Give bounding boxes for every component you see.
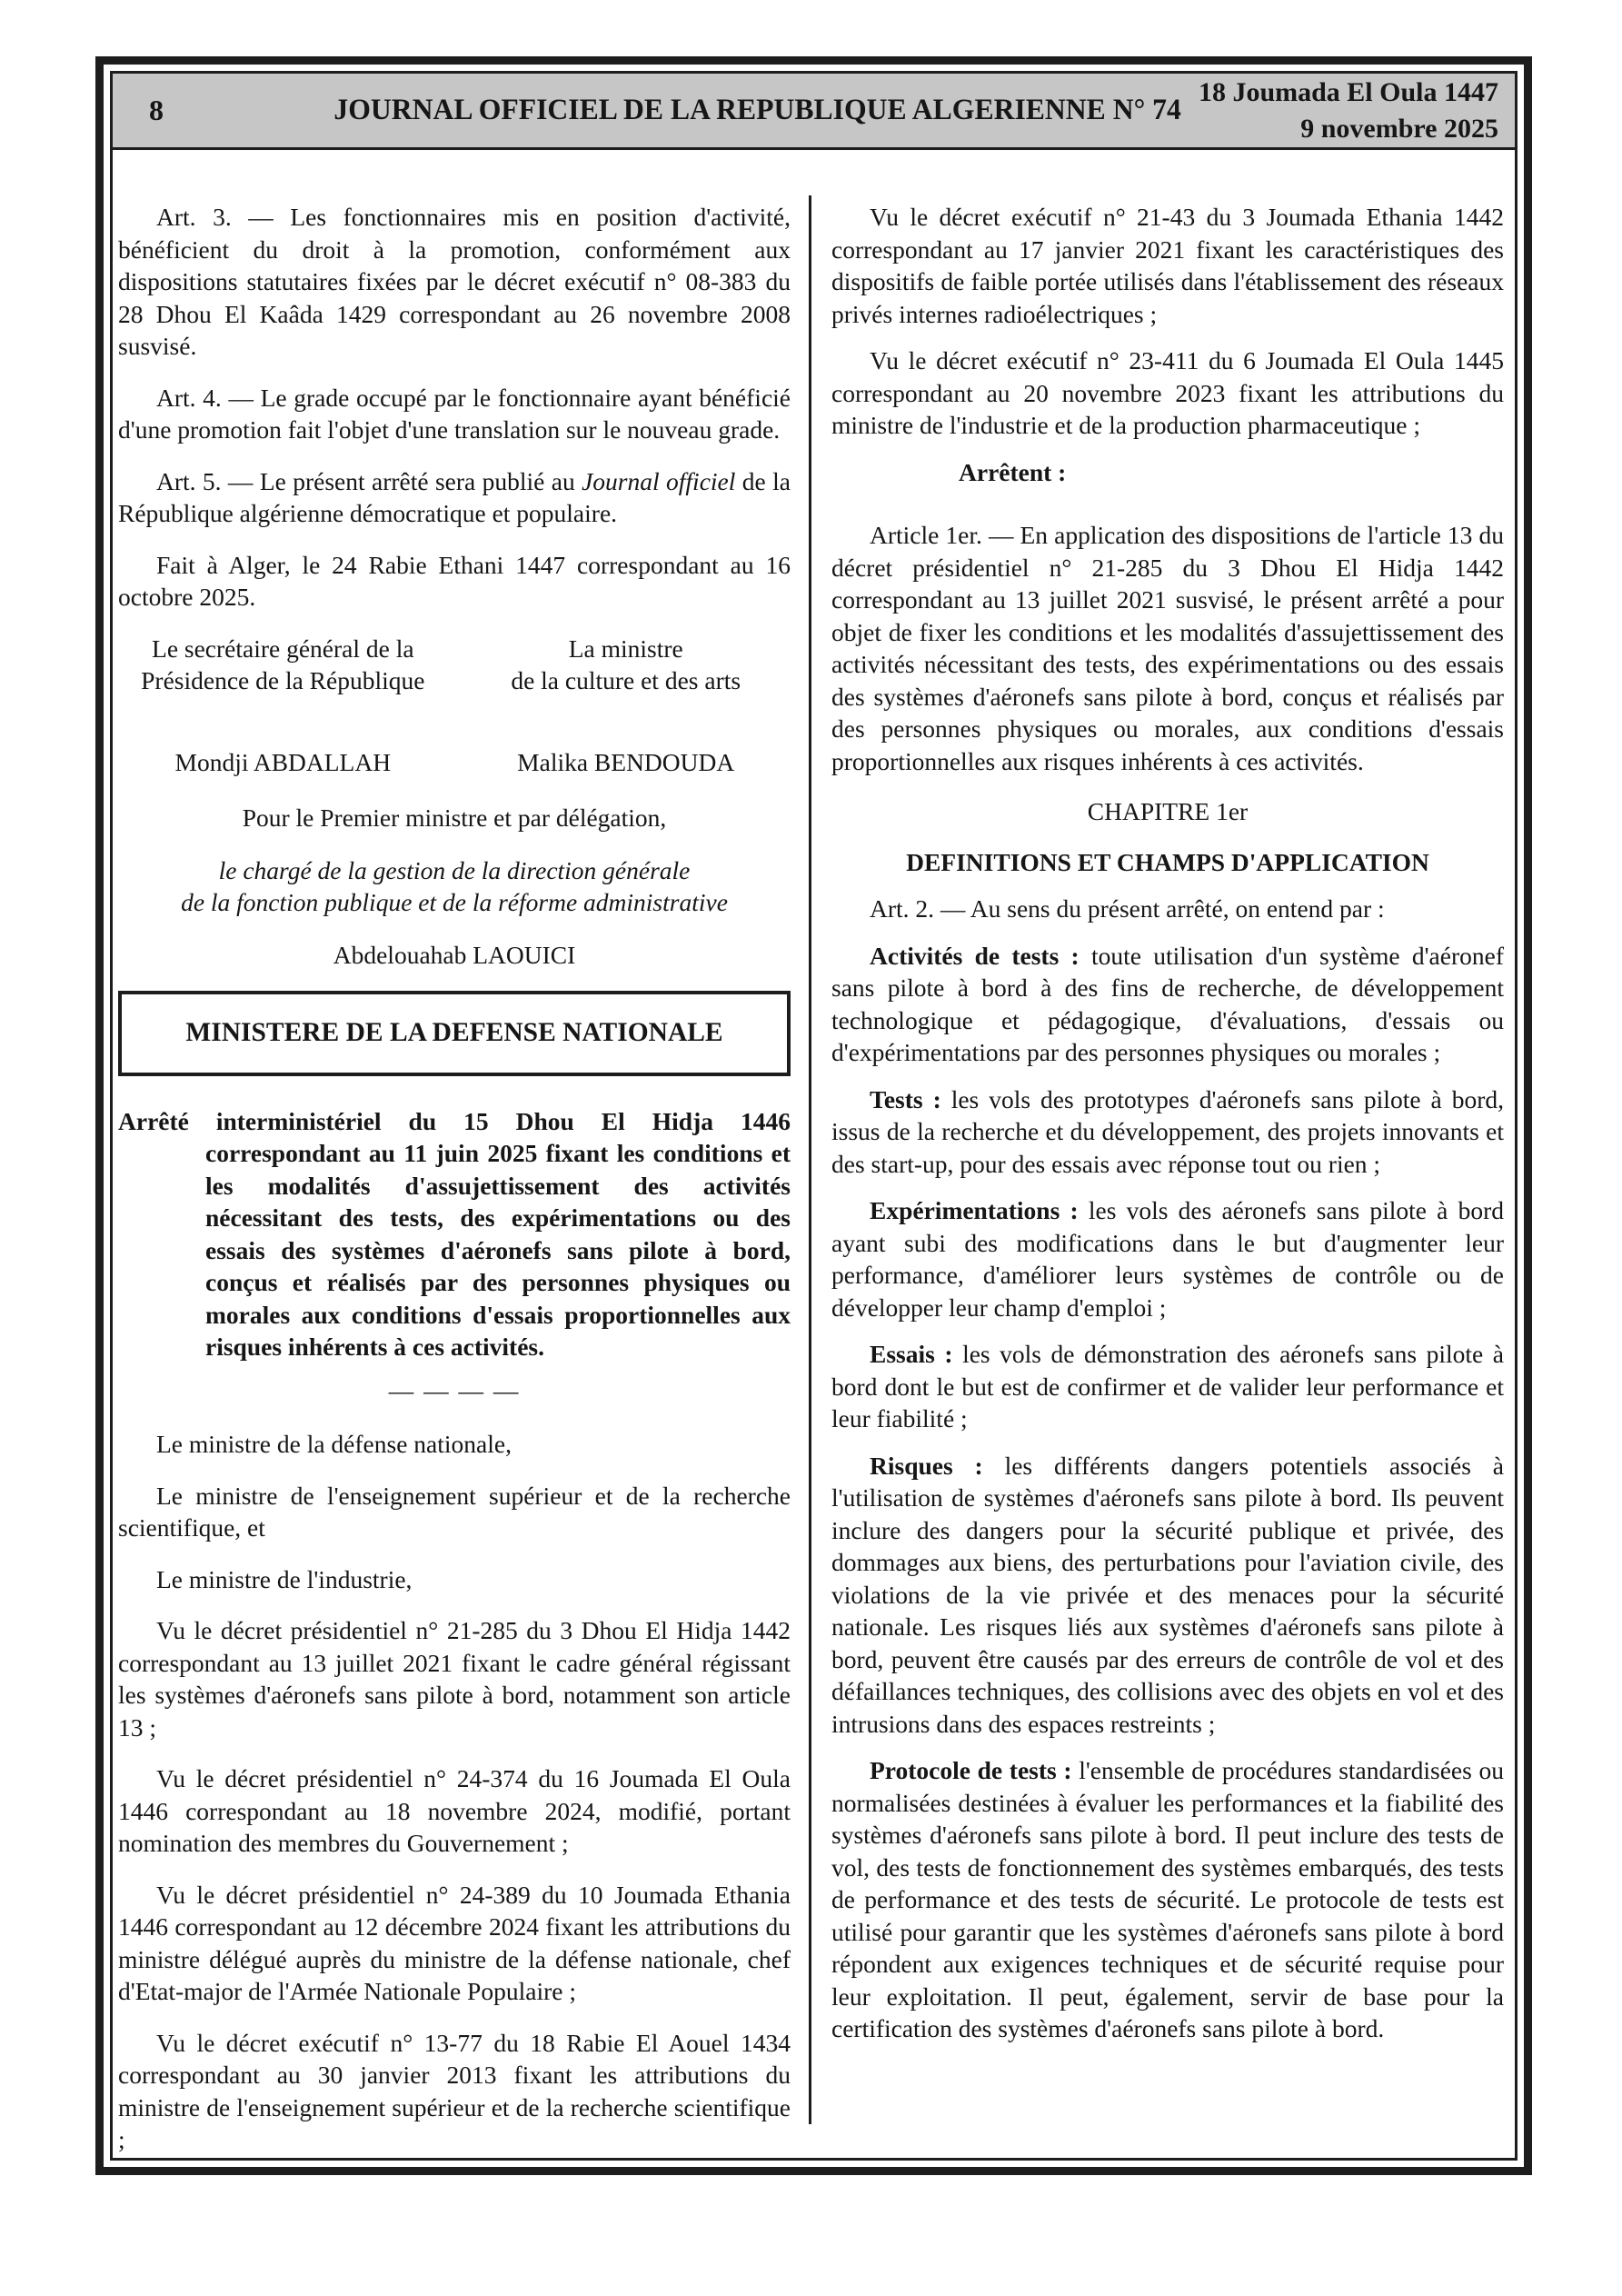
- page-frame-inner: 8 JOURNAL OFFICIEL DE LA REPUBLIQUE ALGE…: [110, 71, 1518, 2161]
- term-lead: Essais :: [870, 1340, 962, 1368]
- journal-page: { "header": { "page_number": "8", "title…: [0, 0, 1622, 2296]
- header-dates: 18 Joumada El Oula 1447 9 novembre 2025: [1199, 75, 1515, 147]
- paragraph: Expérimentations : les vols des aéronefs…: [831, 1194, 1504, 1323]
- dash-separator: — — — —: [118, 1374, 791, 1407]
- signature-title: La ministrede la culture et des arts: [461, 633, 791, 697]
- arretent-heading: Arrêtent :: [959, 456, 1504, 489]
- signature-title: Le secrétaire général de laPrésidence de…: [118, 633, 448, 697]
- centered-line: CHAPITRE 1er: [831, 795, 1504, 828]
- centered-line: Pour le Premier ministre et par délégati…: [118, 802, 791, 834]
- signature-block: Le secrétaire général de laPrésidence de…: [118, 633, 791, 779]
- date-gregorian: 9 novembre 2025: [1199, 111, 1498, 147]
- ministry-box-title: MINISTERE DE LA DEFENSE NATIONALE: [118, 991, 791, 1076]
- page-frame: 8 JOURNAL OFFICIEL DE LA REPUBLIQUE ALGE…: [95, 56, 1532, 2175]
- journal-title: JOURNAL OFFICIEL DE LA REPUBLIQUE ALGERI…: [333, 94, 1180, 127]
- paragraph: Art. 4. — Le grade occupé par le fonctio…: [118, 382, 791, 446]
- paragraph: Art. 2. — Au sens du présent arrêté, on …: [831, 893, 1504, 925]
- signature-name: Mondji ABDALLAH: [118, 746, 448, 779]
- paragraph: Le ministre de la défense nationale,: [118, 1428, 791, 1461]
- signature-title-line: de la culture et des arts: [511, 666, 741, 694]
- signature-title-line: La ministre: [569, 634, 683, 663]
- paragraph: Tests : les vols des prototypes d'aérone…: [831, 1083, 1504, 1181]
- signature-title-line: Présidence de la République: [141, 666, 424, 694]
- paragraph: Essais : les vols de démonstration des a…: [831, 1338, 1504, 1435]
- page-content: Art. 3. — Les fonctionnaires mis en posi…: [113, 150, 1515, 2158]
- term-lead: Tests :: [870, 1085, 951, 1113]
- paragraph: Article 1er. — En application des dispos…: [831, 519, 1504, 777]
- term-lead: Protocole de tests :: [870, 1756, 1079, 1784]
- text-line: le chargé de la gestion de la direction …: [219, 856, 691, 884]
- centered-line: Abdelouahab LAOUICI: [118, 939, 791, 972]
- text-run: l'ensemble de procédures standardisées o…: [831, 1756, 1504, 2042]
- paragraph: Protocole de tests : l'ensemble de procé…: [831, 1754, 1504, 2045]
- paragraph: Le ministre de l'industrie,: [118, 1563, 791, 1596]
- signature-entry: La ministrede la culture et des artsMali…: [461, 633, 791, 779]
- paragraph: Vu le décret exécutif n° 13-77 du 18 Rab…: [118, 2027, 791, 2156]
- term-lead: Expérimentations :: [870, 1196, 1089, 1224]
- term-lead: Activités de tests :: [870, 942, 1091, 970]
- page-number: 8: [113, 94, 316, 127]
- paragraph: Art. 5. — Le présent arrêté sera publié …: [118, 465, 791, 530]
- decree-title: Arrêté interministériel du 15 Dhou El Hi…: [118, 1105, 791, 1363]
- paragraph: Vu le décret exécutif n° 23-411 du 6 Jou…: [831, 344, 1504, 442]
- paragraph: Art. 3. — Les fonctionnaires mis en posi…: [118, 201, 791, 363]
- text-run: Journal officiel: [582, 467, 735, 495]
- left-column: Art. 3. — Les fonctionnaires mis en posi…: [118, 201, 791, 2175]
- paragraph: Vu le décret présidentiel n° 24-374 du 1…: [118, 1762, 791, 1860]
- paragraph: Le ministre de l'enseignement supérieur …: [118, 1480, 791, 1544]
- text-run: Art. 5. — Le présent arrêté sera publié …: [156, 467, 582, 495]
- paragraph: Vu le décret exécutif n° 21-43 du 3 Joum…: [831, 201, 1504, 330]
- paragraph: Vu le décret présidentiel n° 24-389 du 1…: [118, 1879, 791, 2008]
- signature-name: Malika BENDOUDA: [461, 746, 791, 779]
- centered-line: le chargé de la gestion de la direction …: [118, 854, 791, 919]
- paragraph: Vu le décret présidentiel n° 21-285 du 3…: [118, 1614, 791, 1743]
- paragraph: Risques : les différents dangers potenti…: [831, 1450, 1504, 1741]
- signature-entry: Le secrétaire général de laPrésidence de…: [118, 633, 448, 779]
- text-line: de la fonction publique et de la réforme…: [181, 888, 728, 916]
- paragraph: Fait à Alger, le 24 Rabie Ethani 1447 co…: [118, 549, 791, 614]
- term-lead: Risques :: [870, 1452, 1005, 1480]
- date-hijri: 18 Joumada El Oula 1447: [1199, 75, 1498, 111]
- paragraph: Activités de tests : toute utilisation d…: [831, 940, 1504, 1069]
- section-heading: DEFINITIONS ET CHAMPS D'APPLICATION: [831, 846, 1504, 879]
- right-column: Vu le décret exécutif n° 21-43 du 3 Joum…: [831, 201, 1504, 2060]
- text-run: les différents dangers potentiels associ…: [831, 1452, 1504, 1738]
- header-band: 8 JOURNAL OFFICIEL DE LA REPUBLIQUE ALGE…: [113, 74, 1515, 150]
- column-divider: [809, 195, 811, 2124]
- signature-title-line: Le secrétaire général de la: [152, 634, 414, 663]
